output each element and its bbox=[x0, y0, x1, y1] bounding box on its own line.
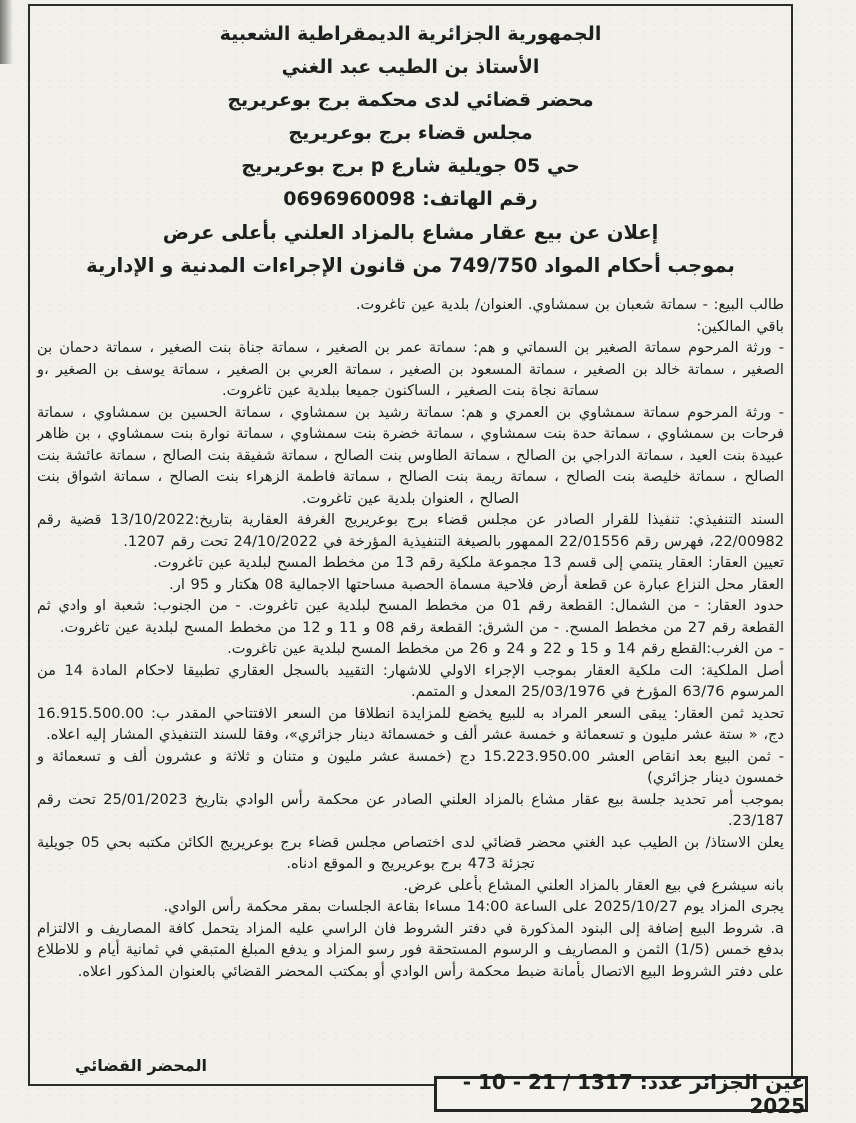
body-paragraph-boundaries-west: - من الغرب:القطع رقم 14 و 15 و 22 و 24 و… bbox=[37, 638, 784, 660]
newspaper-footer-box: عين الجزائر عدد: 1317 / 21 - 10 - 2025 bbox=[434, 1076, 808, 1112]
body-paragraph-property-description: العقار محل النزاع عبارة عن قطعة أرض فلاح… bbox=[37, 574, 784, 596]
footer-reference: عين الجزائر عدد: 1317 / 21 - 10 - 2025 bbox=[437, 1070, 805, 1118]
body-paragraph-executive-title: السند التنفيذي: تنفيذا للقرار الصادر عن … bbox=[37, 509, 784, 552]
header-line-address: حي 05 جويلية شارع p برج بوعريريج bbox=[30, 150, 791, 183]
body-paragraph-ownership-origin: أصل الملكية: الت ملكية العقار بموجب الإج… bbox=[37, 660, 784, 703]
body-paragraph-property-designation: تعيين العقار: العقار ينتمي إلى قسم 13 مج… bbox=[37, 552, 784, 574]
document-border: الجمهورية الجزائرية الديمقراطية الشعبية … bbox=[28, 4, 793, 1086]
body-paragraph-heirs-2: - ورثة المرحوم سماتة سمشاوي بن العمري و … bbox=[37, 402, 784, 510]
scan-artifact bbox=[0, 0, 13, 64]
header-line-council: مجلس قضاء برج بوعريريج bbox=[30, 117, 791, 150]
header-line-republic: الجمهورية الجزائرية الديمقراطية الشعبية bbox=[30, 18, 791, 51]
body-paragraph-auction-datetime: يجرى المزاد يوم 2025/10/27 على الساعة 14… bbox=[37, 896, 784, 918]
announcement-legal-basis: بموجب أحكام المواد 749/750 من قانون الإج… bbox=[30, 249, 791, 282]
header-line-phone: رقم الهاتف: 0696960098 bbox=[30, 183, 791, 216]
bailiff-signature-label: المحضر القضائي bbox=[75, 1056, 207, 1075]
announcement-title: إعلان عن بيع عقار مشاع بالمزاد العلني بأ… bbox=[30, 216, 791, 249]
body-paragraph-bailiff-declaration: يعلن الاستاذ/ بن الطيب عبد الغني محضر قض… bbox=[37, 832, 784, 875]
body-paragraph-other-owners-label: باقي المالكين: bbox=[37, 316, 784, 338]
body-paragraph-price: تحديد ثمن العقار: يبقى السعر المراد به ل… bbox=[37, 703, 784, 746]
scanned-page: { "header": { "lines": [ "الجمهورية الجز… bbox=[0, 0, 856, 1123]
body-paragraph-reduced-price: - ثمن البيع بعد انقاص العشر 15.223.950.0… bbox=[37, 746, 784, 789]
header-line-bailiff-name: الأستاذ بن الطيب عبد الغني bbox=[30, 51, 791, 84]
document-header: الجمهورية الجزائرية الديمقراطية الشعبية … bbox=[30, 6, 791, 282]
header-line-bailiff-role: محضر قضائي لدى محكمة برج بوعريريج bbox=[30, 84, 791, 117]
body-paragraph-session-order: بموجب أمر تحديد جلسة بيع عقار مشاع بالمز… bbox=[37, 789, 784, 832]
body-paragraph-heirs-1: - ورثة المرحوم سماتة الصغير بن السماتي و… bbox=[37, 337, 784, 402]
body-paragraph-sale-conditions: a. شروط البيع إضافة إلى البنود المذكورة … bbox=[37, 918, 784, 983]
document-body: طالب البيع: - سماتة شعبان بن سمشاوي. الع… bbox=[30, 282, 791, 982]
body-paragraph-sale-start: بانه سيشرع في بيع العقار بالمزاد العلني … bbox=[37, 875, 784, 897]
body-paragraph-seller: طالب البيع: - سماتة شعبان بن سمشاوي. الع… bbox=[37, 294, 784, 316]
body-paragraph-boundaries: حدود العقار: - من الشمال: القطعة رقم 01 … bbox=[37, 595, 784, 638]
